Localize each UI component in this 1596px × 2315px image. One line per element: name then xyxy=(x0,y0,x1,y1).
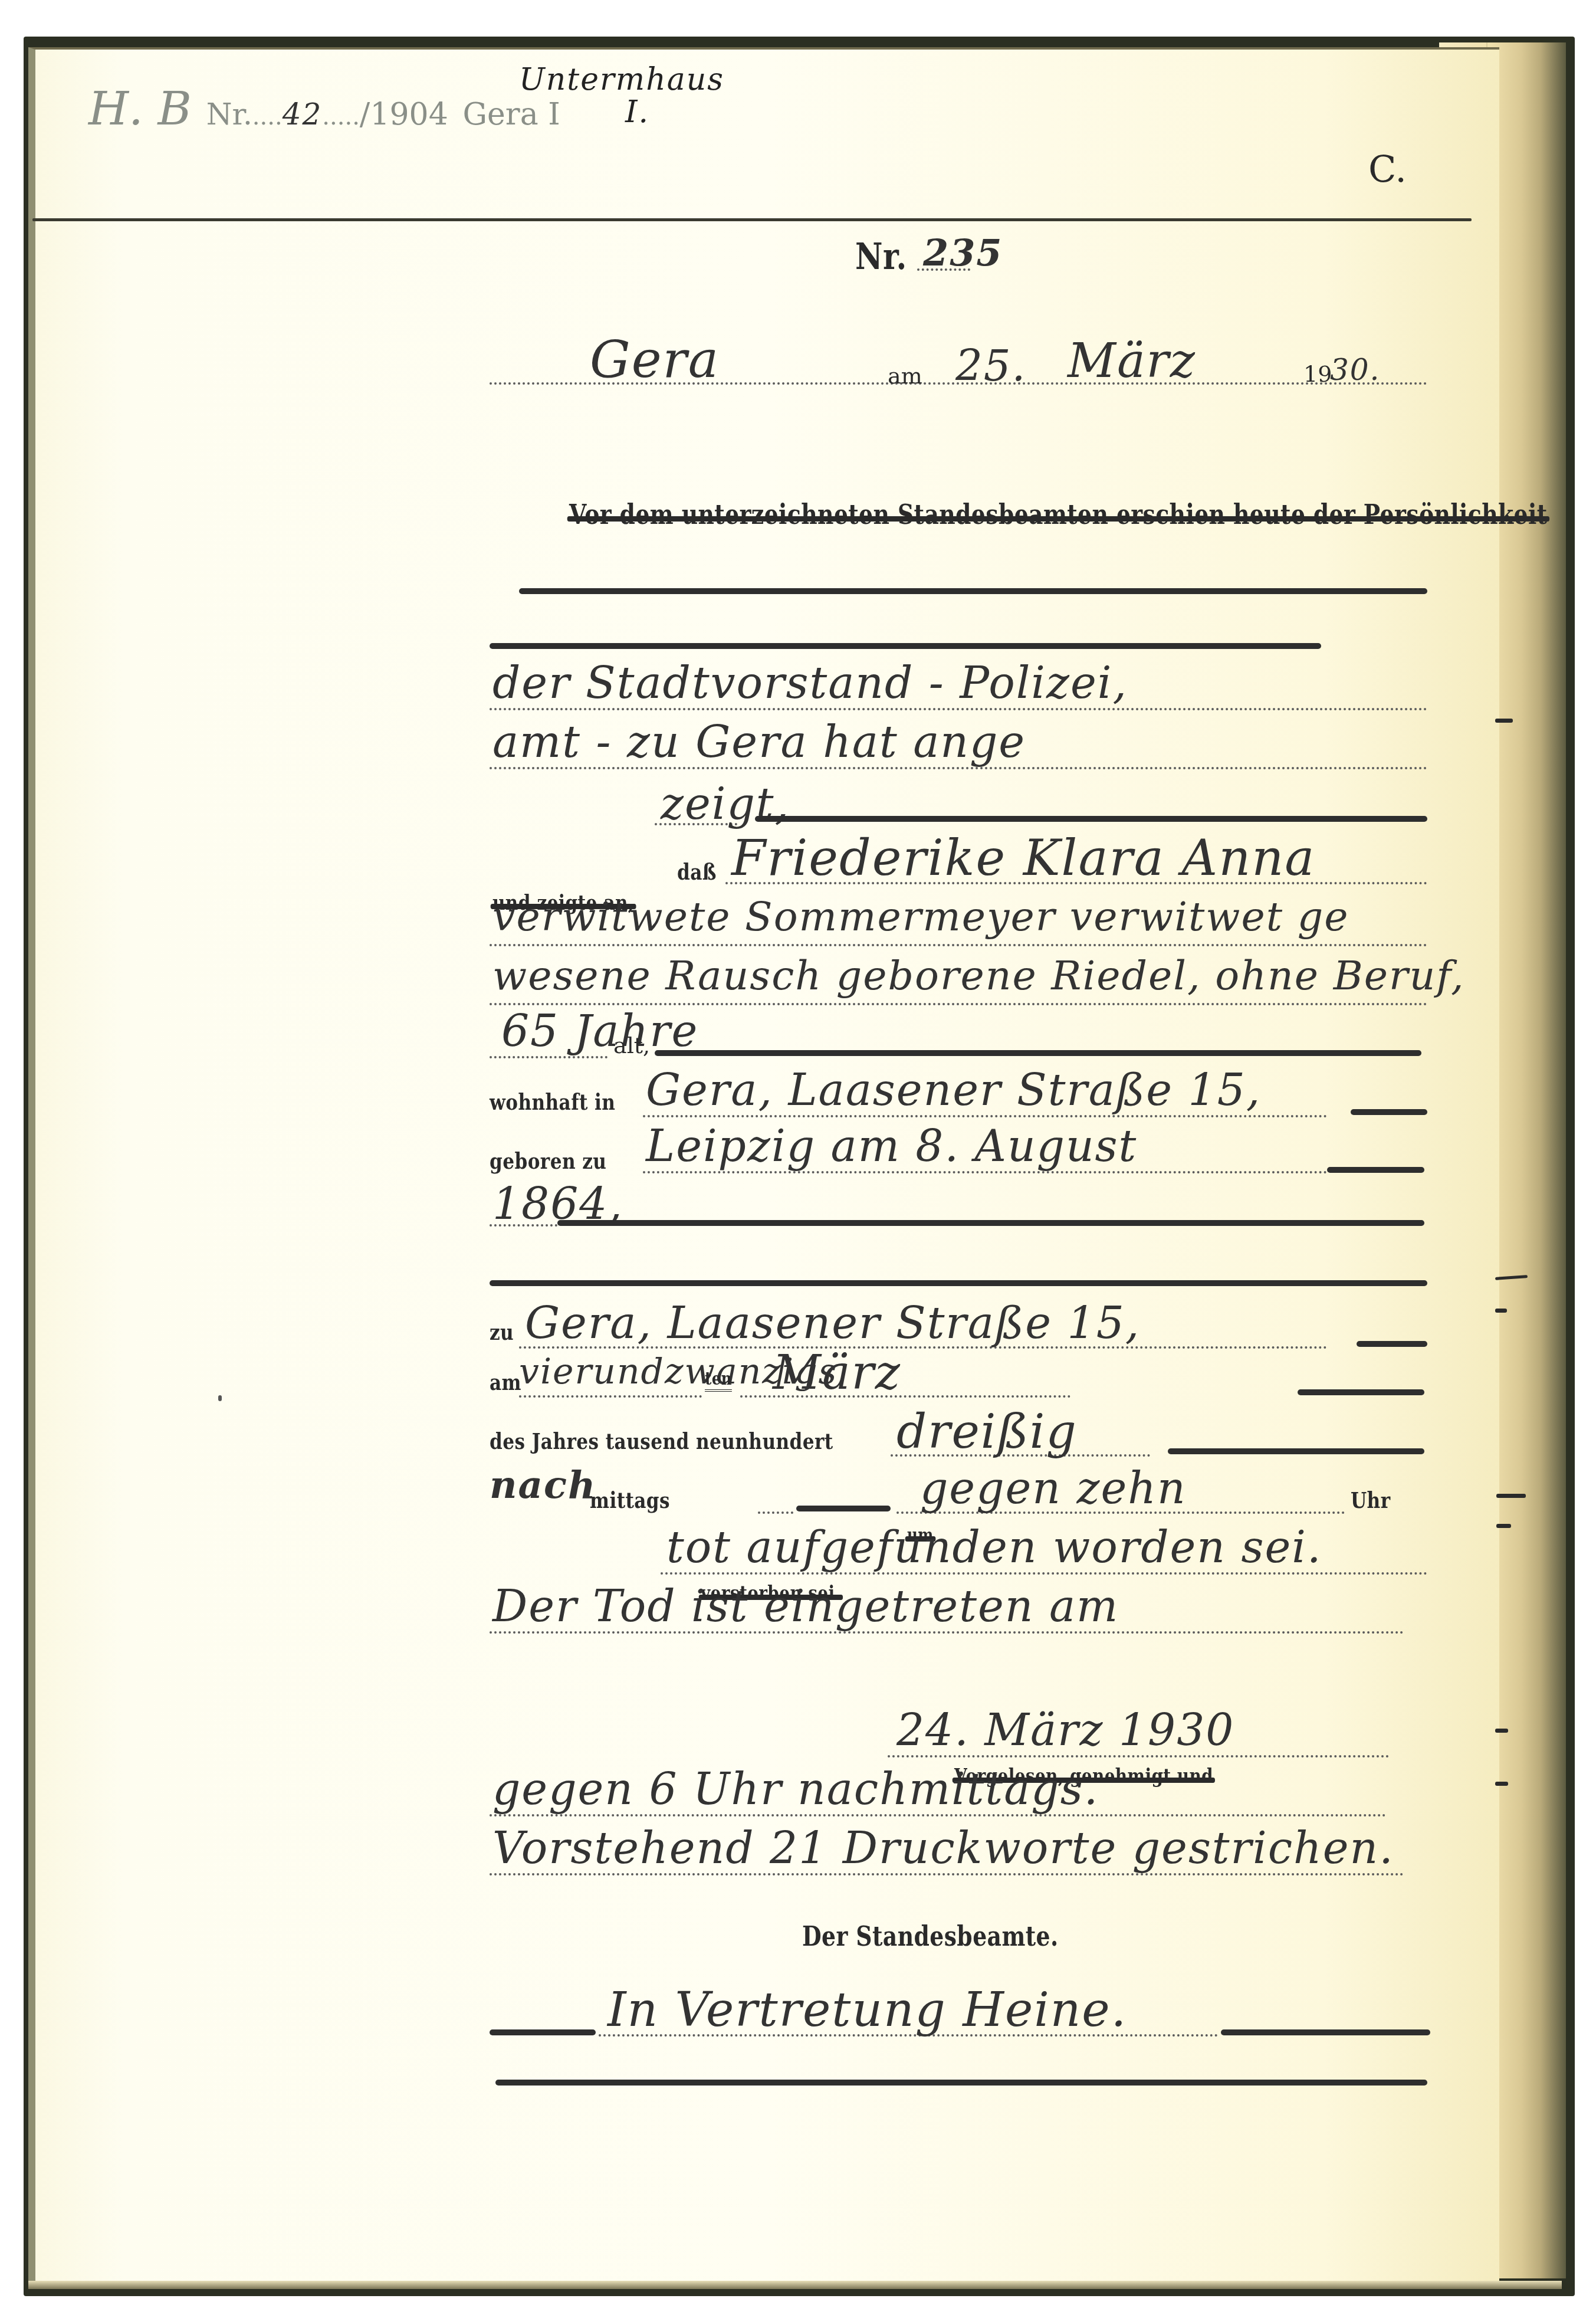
deceased-line3: wesene Rausch geborene Riedel, ohne Beru… xyxy=(492,953,1465,999)
dass-label: daß xyxy=(677,858,717,885)
margin-tick xyxy=(1496,1524,1511,1528)
margin-tick xyxy=(1495,1782,1508,1786)
stamp-prefix: H. B xyxy=(88,83,192,136)
deceased-residence: Gera, Laasener Straße 15, xyxy=(646,1065,1261,1116)
signature-rule-left xyxy=(490,2029,596,2035)
struck-preamble: Vor dem unterzeichneten Standesbeamten e… xyxy=(569,499,1548,530)
signature-title: Der Standesbeamte. xyxy=(802,1920,1059,1952)
informant-line2: amt - zu Gera hat ange xyxy=(492,717,1026,768)
page-bottom-edge xyxy=(28,2281,1562,2289)
bottom-rule xyxy=(495,2080,1427,2086)
death-occurred: Der Tod ist eingetreten am xyxy=(492,1581,1119,1632)
death-year-words: dreißig xyxy=(896,1404,1078,1459)
date-am-label: am xyxy=(888,363,922,389)
margin-tick xyxy=(1495,1309,1507,1313)
kannt-rule xyxy=(490,643,1321,649)
geboren-label: geboren zu xyxy=(490,1147,606,1174)
stamp-place: Gera I xyxy=(463,97,560,132)
death-found-text: tot aufgefunden worden sei. xyxy=(666,1522,1322,1573)
nach-rule xyxy=(519,588,1427,594)
margin-tick xyxy=(1495,719,1513,723)
stamp-nr-label: Nr. xyxy=(206,97,252,132)
date-day: 25. xyxy=(955,341,1027,391)
death-am-label: am xyxy=(490,1369,521,1395)
date-place: Gera xyxy=(590,330,720,389)
annotation-numeral: I. xyxy=(625,94,649,130)
death-place-rule xyxy=(1357,1341,1427,1347)
margin-tick xyxy=(1496,1494,1526,1498)
zu-label: zu xyxy=(490,1319,514,1345)
birth-rule xyxy=(1327,1167,1424,1173)
header-stamp: H. B Nr.....42...../1904 Gera I xyxy=(88,83,560,136)
header-rule xyxy=(32,218,1472,221)
death-time: gegen zehn xyxy=(920,1463,1187,1514)
date-year-prefix: 19 xyxy=(1303,361,1332,387)
deceased-birthplace-date: Leipzig am 8. August xyxy=(646,1121,1137,1172)
death-year-rule xyxy=(1168,1448,1424,1454)
margin-dot xyxy=(218,1395,222,1401)
jahres-label: des Jahres tausend neunhundert xyxy=(490,1428,833,1454)
addendum-line2: gegen 6 Uhr nachmittags. xyxy=(492,1764,1099,1815)
section-separator-rule xyxy=(490,1280,1427,1286)
annotation-untermhaus: Untermhaus xyxy=(519,62,724,97)
stamp-nr-value: 42 xyxy=(283,97,323,132)
death-month: März xyxy=(773,1345,901,1400)
deceased-names: Friederike Klara Anna xyxy=(731,829,1315,887)
form-letter: C. xyxy=(1368,147,1407,191)
time-rule xyxy=(796,1506,891,1511)
mittags-label: mittags xyxy=(590,1487,670,1513)
margin-tick xyxy=(1495,1729,1508,1733)
birth-year-rule xyxy=(557,1220,1424,1226)
informant-line1: der Stadtvorstand - Polizei, xyxy=(492,658,1128,709)
death-nach-handwritten: nach xyxy=(490,1463,597,1507)
death-place: Gera, Laasener Straße 15, xyxy=(525,1298,1140,1349)
informant-line3-rule xyxy=(755,816,1427,822)
residence-rule xyxy=(1351,1109,1427,1115)
age-rule xyxy=(655,1050,1421,1056)
uhr-label: Uhr xyxy=(1351,1487,1390,1513)
entry-number-dotted-line xyxy=(917,268,970,271)
informant-line3: zeigt, xyxy=(661,779,790,829)
deceased-line2: verwitwete Sommermeyer verwitwet ge xyxy=(492,894,1349,940)
deceased-line2-dots xyxy=(490,944,1427,946)
addendum-line3: Vorstehend 21 Druckworte gestrichen. xyxy=(492,1823,1394,1874)
wohnhaft-label: wohnhaft in xyxy=(490,1088,615,1115)
signature-signed: In Vertretung Heine. xyxy=(607,1982,1127,2037)
death-month-rule xyxy=(1298,1389,1424,1395)
date-month: März xyxy=(1068,333,1196,388)
time-dots-a xyxy=(758,1511,793,1514)
date-year-suffix: 30. xyxy=(1330,353,1381,387)
stamp-year: /1904 xyxy=(360,97,448,132)
signature-rule-right xyxy=(1221,2029,1430,2035)
deceased-age: 65 Jahre xyxy=(501,1006,698,1057)
addendum-line1: 24. März 1930 xyxy=(896,1705,1234,1756)
alt-label: alt, xyxy=(613,1032,650,1058)
deceased-line3-dots xyxy=(490,1003,1427,1005)
death-day-dots xyxy=(519,1395,702,1398)
ten-label: ten xyxy=(705,1369,732,1392)
entry-number-label-text: Nr. xyxy=(855,235,907,278)
